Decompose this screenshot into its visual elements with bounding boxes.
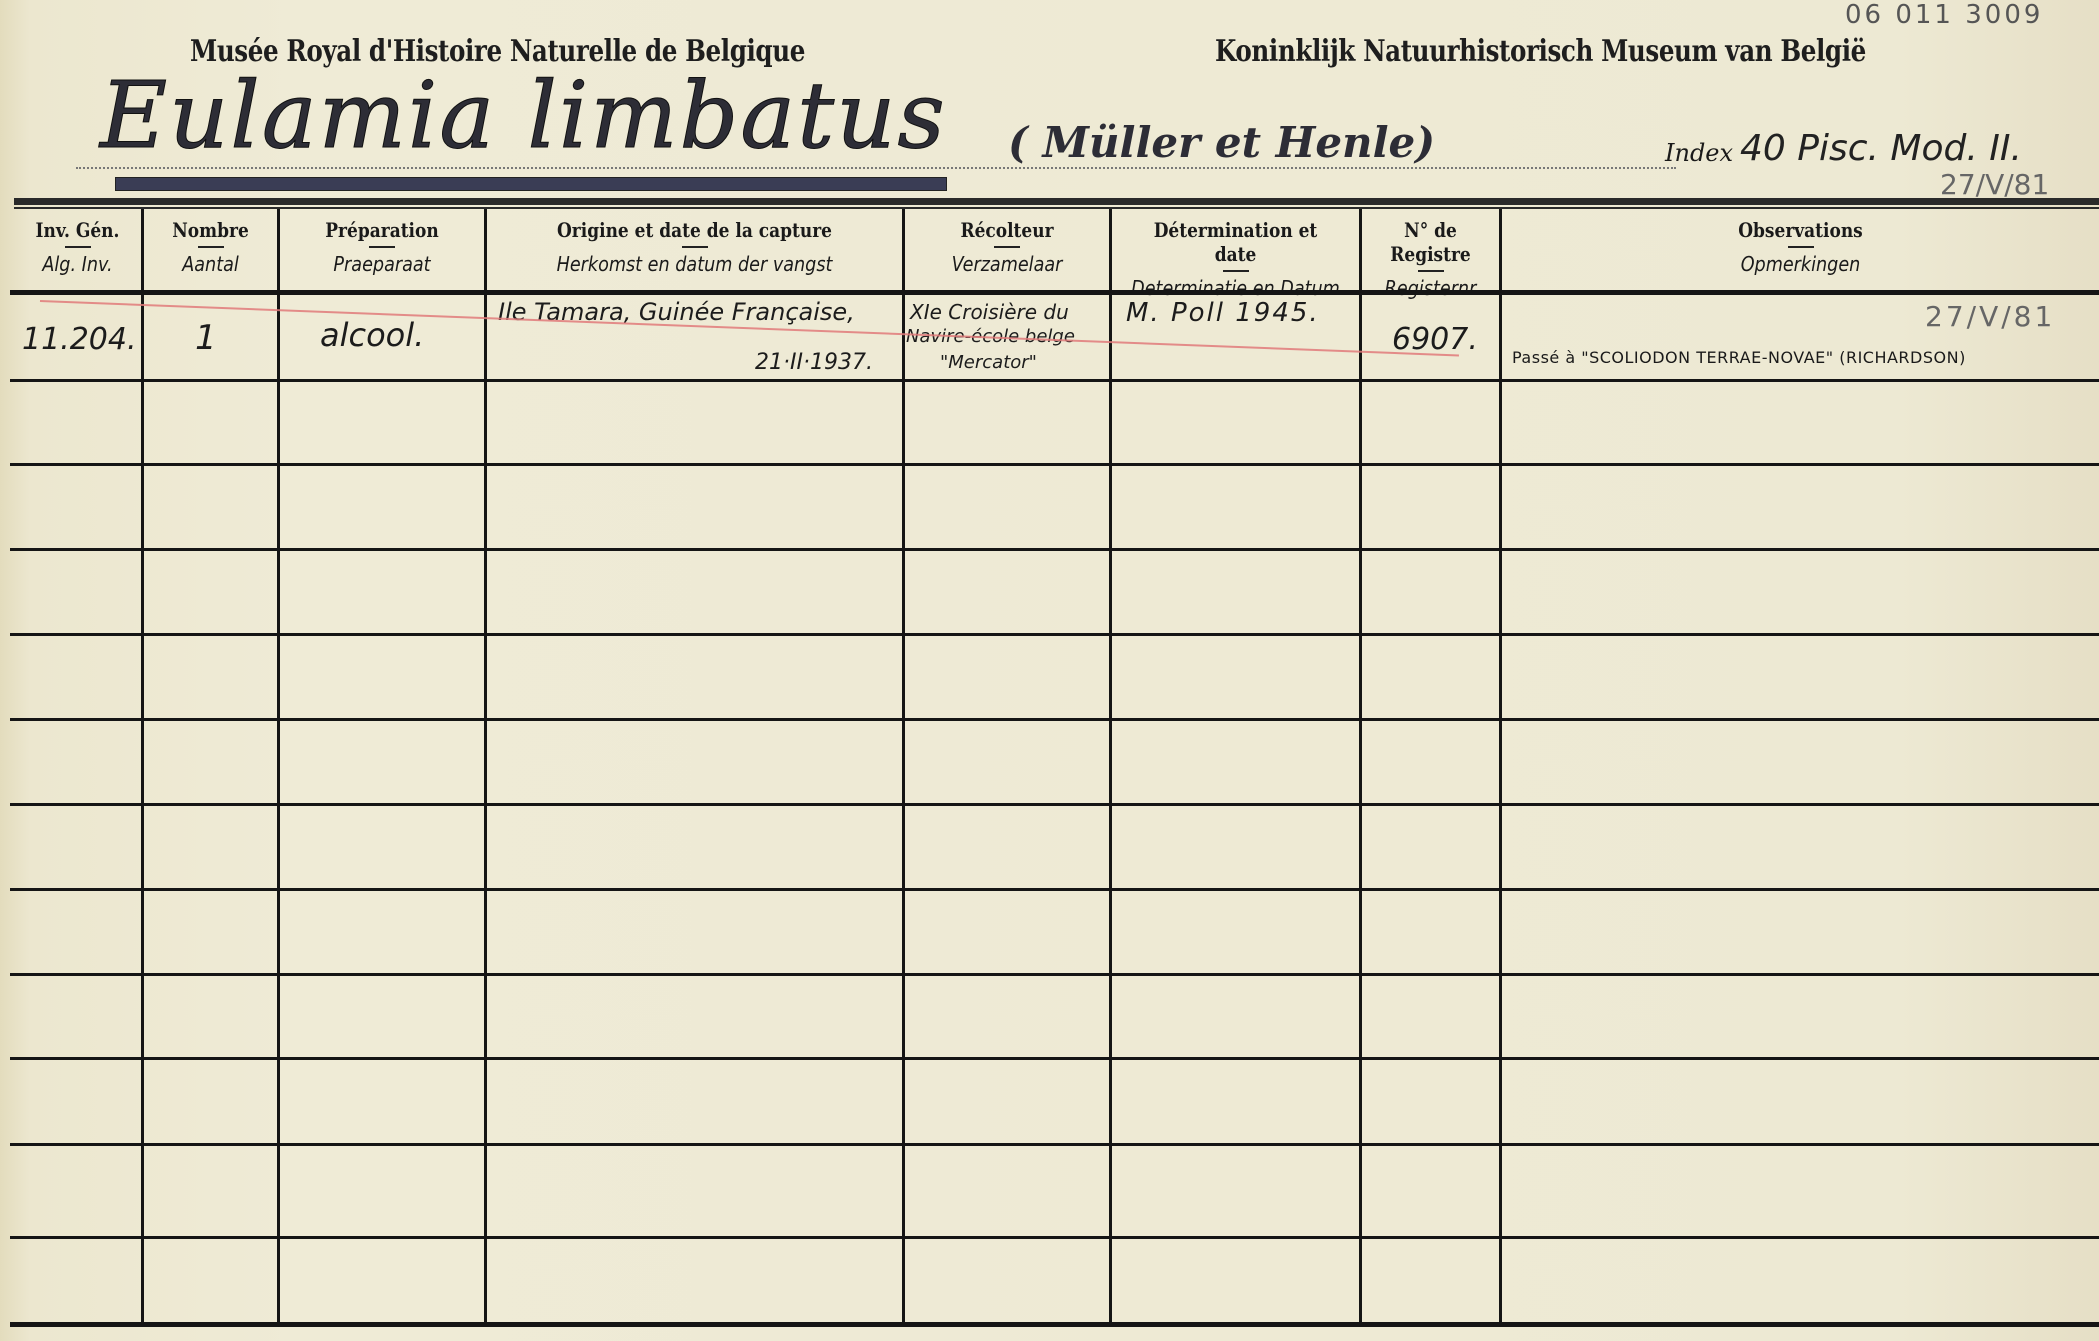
row-divider [10, 718, 2099, 721]
header-nl-label: Alg. Inv. [22, 252, 134, 276]
header-dash [1788, 246, 1814, 248]
table-top-rule-thin [14, 207, 2099, 209]
header-fr-label: Nombre [154, 218, 267, 242]
row-observation-date: 27/V/81 [1925, 300, 2055, 333]
header-dutch: Koninklijk Natuurhistorisch Museum van B… [1215, 34, 1866, 69]
header-bottom-rule [10, 290, 2099, 295]
row-determination: M. Poll 1945. [1126, 298, 1320, 328]
specimen-index-card: 06 011 3009 Musée Royal d'Histoire Natur… [0, 0, 2099, 1341]
column-divider [141, 209, 144, 1326]
column-header-origine: Origine et date de la capture Herkomst e… [487, 214, 902, 288]
row-preparation: alcool. [320, 316, 424, 354]
column-header-nombre: Nombre Aantal [144, 214, 277, 288]
row-nombre: 1 [195, 318, 217, 358]
header-nl-label: Herkomst en datum der vangst [512, 252, 877, 276]
row-divider [10, 1143, 2099, 1146]
index-label: Index [1665, 139, 1733, 167]
table-top-rule [14, 198, 2099, 205]
header-nl-label: Aantal [152, 252, 269, 276]
column-header-registre: N° de Registre Registernr [1362, 214, 1499, 288]
column-header-recolteur: Récolteur Verzamelaar [905, 214, 1109, 288]
row-recolteur-line3: "Mercator" [940, 352, 1037, 373]
column-header-observations: Observations Opmerkingen [1502, 214, 2099, 288]
header-nl-label: Praeparaat [292, 252, 472, 276]
header-dash [65, 246, 91, 248]
row-divider [10, 633, 2099, 636]
column-divider [1499, 209, 1502, 1326]
row-observation-note: Passé à "SCOLIODON TERRAE-NOVAE" (RICHAR… [1512, 348, 1966, 367]
header-fr-label: Observations [1547, 218, 2054, 242]
row-divider [10, 548, 2099, 551]
table-bottom-rule [10, 1322, 2099, 1327]
species-name: Eulamia limbatus [100, 62, 947, 169]
row-origine-place: Ile Tamara, Guinée Française, [498, 298, 855, 326]
index-date: 27/V/81 [1940, 168, 2049, 201]
header-dash [1418, 270, 1444, 272]
column-header-preparation: Préparation Praeparaat [280, 214, 484, 288]
row-divider [10, 379, 2099, 382]
catalog-stamp-number: 06 011 3009 [1845, 0, 2043, 30]
row-origine-date: 21·II·1937. [755, 350, 873, 375]
column-divider [1109, 209, 1112, 1326]
header-nl-label: Determinatie en Datum [1127, 276, 1344, 300]
header-nl-label: Verzamelaar [917, 252, 1097, 276]
row-divider [10, 803, 2099, 806]
index-value: 40 Pisc. Mod. II. [1740, 128, 2022, 169]
row-divider [10, 463, 2099, 466]
column-divider [1359, 209, 1362, 1326]
column-divider [902, 209, 905, 1326]
row-recolteur-line1: XIe Croisière du [910, 300, 1069, 324]
row-divider [10, 1236, 2099, 1239]
header-dash [994, 246, 1020, 248]
row-inv-number: 11.204. [22, 322, 137, 357]
header-nl-label: Registernr [1370, 276, 1491, 300]
column-divider [277, 209, 280, 1326]
header-dash [198, 246, 224, 248]
species-author: ( Müller et Henle) [1008, 118, 1435, 167]
column-header-determination: Détermination et date Determinatie en Da… [1112, 214, 1359, 288]
header-fr-label: Préparation [295, 218, 468, 242]
column-header-inv: Inv. Gén. Alg. Inv. [14, 214, 141, 288]
header-nl-label: Opmerkingen [1538, 252, 2063, 276]
header-fr-label: Récolteur [920, 218, 1093, 242]
header-fr-label: Origine et date de la capture [518, 218, 871, 242]
column-divider [484, 209, 487, 1326]
row-divider [10, 888, 2099, 891]
row-divider [10, 1057, 2099, 1060]
title-dotted-line [76, 167, 1676, 169]
title-underline-bar [115, 177, 947, 191]
header-dash [682, 246, 708, 248]
header-dash [369, 246, 395, 248]
header-fr-label: N° de Registre [1372, 218, 1488, 266]
row-divider [10, 973, 2099, 976]
header-fr-label: Détermination et date [1131, 218, 1341, 266]
header-dash [1223, 270, 1249, 272]
header-fr-label: Inv. Gén. [24, 218, 132, 242]
